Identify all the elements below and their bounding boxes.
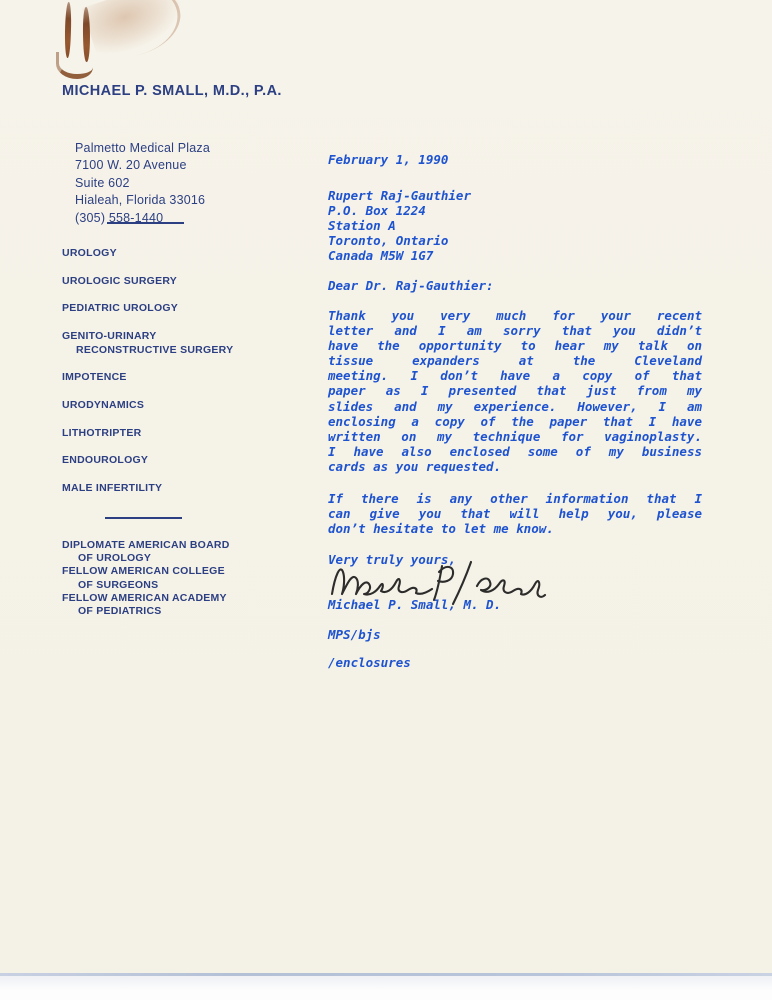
signature-stroke: [434, 566, 453, 600]
specialty-item: GENITO-URINARY RECONSTRUCTIVE SURGERY: [62, 329, 272, 357]
salutation: Dear Dr. Raj-Gauthier:: [328, 278, 702, 293]
specialty-item: IMPOTENCE: [62, 370, 272, 384]
paragraph-line: letter and I am sorry that you didn’t: [328, 323, 702, 338]
specialty-item: UROLOGIC SURGERY: [62, 274, 272, 288]
paragraph-line: tissue expanders at the Cleveland: [328, 353, 702, 368]
paragraph-line: paper as I presented that just from my: [328, 383, 702, 398]
specialty-item: LITHOTRIPTER: [62, 426, 272, 440]
typed-sender-name: Michael P. Small, M. D.: [328, 597, 702, 612]
paragraph-line: enclosing a copy of the paper that I hav…: [328, 414, 702, 429]
signature-stroke: [477, 579, 545, 597]
letter-body: February 1, 1990 Rupert Raj-Gauthier P.O…: [328, 152, 702, 712]
scan-background: [0, 976, 772, 1000]
paragraph: Thank you very much for your recent lett…: [328, 308, 702, 474]
letter-date: February 1, 1990: [328, 152, 702, 167]
specialty-item: PEDIATRIC UROLOGY: [62, 301, 272, 315]
paragraph-line: don’t hesitate to let me know.: [328, 521, 702, 536]
phone-number: (305) 558-1440: [75, 210, 210, 227]
recipient-line: P.O. Box 1224: [328, 203, 702, 218]
paragraph-line: written on my technique for vaginoplasty…: [328, 429, 702, 444]
paragraph: If there is any other information that I…: [328, 491, 702, 536]
rust-streak: [64, 2, 72, 58]
rust-streak-hook: [56, 52, 93, 79]
recipient-line: Canada M5W 1G7: [328, 248, 702, 263]
paragraph-line: meeting. I don’t have a copy of that: [328, 368, 702, 383]
credential-line: OF UROLOGY: [62, 552, 282, 565]
paragraph-line: If there is any other information that I: [328, 491, 702, 506]
address-line: Palmetto Medical Plaza: [75, 140, 210, 157]
specialty-item: ENDOUROLOGY: [62, 453, 272, 467]
signature-stroke: [332, 569, 432, 594]
letter-page: MICHAEL P. SMALL, M.D., P.A. Palmetto Me…: [0, 0, 772, 973]
paragraph-line: slides and my experience. However, I am: [328, 399, 702, 414]
recipient-address: Rupert Raj-Gauthier P.O. Box 1224 Statio…: [328, 188, 702, 263]
enclosures-note: /enclosures: [328, 655, 702, 670]
credential-line: FELLOW AMERICAN ACADEMY: [62, 592, 282, 605]
specialty-item: UROLOGY: [62, 246, 272, 260]
paragraph-line: I have also enclosed some of my business: [328, 444, 702, 459]
specialty-line: GENITO-URINARY: [62, 330, 157, 342]
address-line: Hialeah, Florida 33016: [75, 192, 210, 209]
credential-line: FELLOW AMERICAN COLLEGE: [62, 565, 282, 578]
specialties-list: UROLOGY UROLOGIC SURGERY PEDIATRIC UROLO…: [62, 246, 272, 508]
recipient-line: Station A: [328, 218, 702, 233]
address-line: 7100 W. 20 Avenue: [75, 157, 210, 174]
paragraph-line: Thank you very much for your recent: [328, 308, 702, 323]
letterhead-name: MICHAEL P. SMALL, M.D., P.A.: [62, 83, 282, 99]
paragraph-line: cards as you requested.: [328, 459, 702, 474]
scanned-letter: MICHAEL P. SMALL, M.D., P.A. Palmetto Me…: [0, 0, 772, 1000]
letterhead-address: Palmetto Medical Plaza 7100 W. 20 Avenue…: [75, 140, 210, 227]
credential-line: OF SURGEONS: [62, 579, 282, 592]
specialty-item: MALE INFERTILITY: [62, 481, 272, 495]
recipient-line: Toronto, Ontario: [328, 233, 702, 248]
paragraph-line: can give you that will help you, please: [328, 506, 702, 521]
specialty-line-continued: RECONSTRUCTIVE SURGERY: [62, 343, 272, 357]
divider-rule-bottom: [105, 517, 182, 519]
recipient-line: Rupert Raj-Gauthier: [328, 188, 702, 203]
credentials-list: DIPLOMATE AMERICAN BOARD OF UROLOGY FELL…: [62, 539, 282, 618]
credential-line: DIPLOMATE AMERICAN BOARD: [62, 539, 282, 552]
paragraph-line: have the opportunity to hear my talk on: [328, 338, 702, 353]
reference-initials: MPS/bjs: [328, 627, 702, 642]
rust-stain: [50, 0, 190, 90]
credential-line: OF PEDIATRICS: [62, 605, 282, 618]
address-line: Suite 602: [75, 175, 210, 192]
divider-rule-top: [107, 222, 184, 224]
specialty-item: URODYNAMICS: [62, 398, 272, 412]
